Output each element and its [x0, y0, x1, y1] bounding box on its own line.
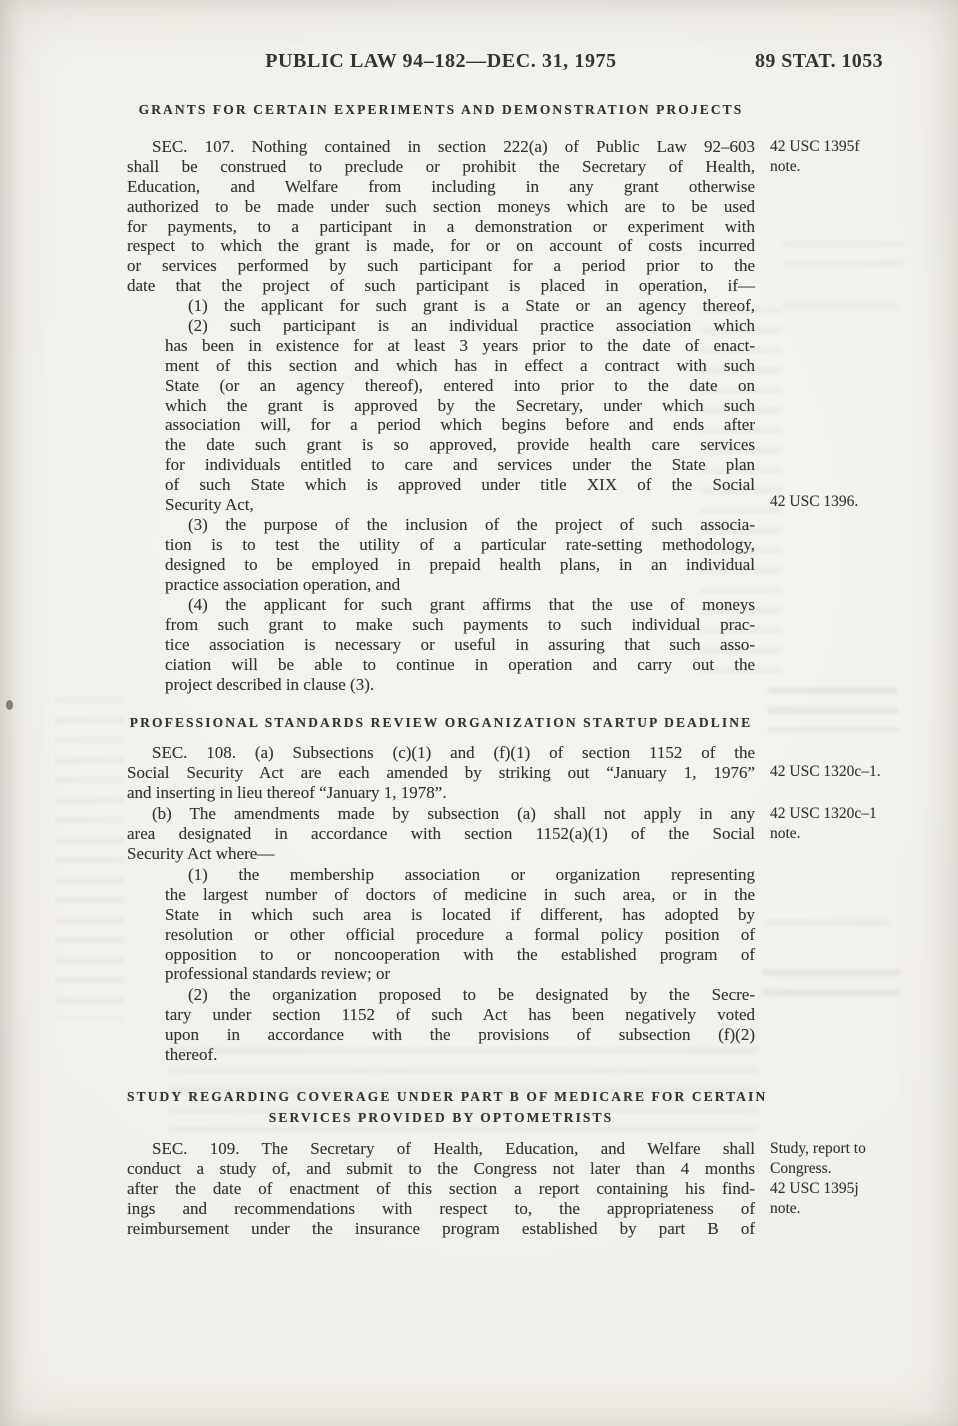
- text-line: GRANTS FOR CERTAIN EXPERIMENTS AND DEMON…: [127, 99, 755, 120]
- text-line: (2) the organization proposed to be desi…: [127, 985, 755, 1005]
- text-line: upon in accordance with the provisions o…: [127, 1025, 755, 1045]
- margin-notes-column: 42 USC 1395fnote.42 USC 1396.42 USC 1320…: [770, 0, 910, 1426]
- text-line: project described in clause (3).: [127, 675, 755, 695]
- text-line: ciation will be able to continue in oper…: [127, 655, 755, 675]
- text-line: (3) the purpose of the inclusion of the …: [127, 515, 755, 535]
- text-line: PROFESSIONAL STANDARDS REVIEW ORGANIZATI…: [127, 712, 755, 733]
- margin-note: Study, report toCongress.42 USC 1395jnot…: [770, 1139, 910, 1219]
- text-line: professional standards review; or: [127, 964, 755, 984]
- text-line: SEC. 107. Nothing contained in section 2…: [127, 137, 755, 157]
- text-line: practice association operation, and: [127, 575, 755, 595]
- text-line: for individuals entitled to care and ser…: [127, 455, 755, 475]
- statute-heading: STUDY REGARDING COVERAGE UNDER PART B OF…: [127, 1086, 755, 1128]
- text-line: SEC. 109. The Secretary of Health, Educa…: [127, 1139, 755, 1159]
- text-line: ment of this section and which has in ef…: [127, 356, 755, 376]
- text-line: after the date of enactment of this sect…: [127, 1179, 755, 1199]
- text-line: and inserting in lieu thereof “January 1…: [127, 783, 755, 803]
- page-scan: PUBLIC LAW 94–182—DEC. 31, 1975 89 STAT.…: [0, 0, 958, 1426]
- margin-note-line: Study, report to: [770, 1139, 910, 1159]
- text-line: (2) such participant is an individual pr…: [127, 316, 755, 336]
- statute-clause: (2) the organization proposed to be desi…: [127, 985, 755, 1065]
- statute-paragraph: (b) The amendments made by subsection (a…: [127, 804, 755, 864]
- text-line: State (or an agency thereof), entered in…: [127, 376, 755, 396]
- text-line: Social Security Act are each amended by …: [127, 763, 755, 783]
- text-line: conduct a study of, and submit to the Co…: [127, 1159, 755, 1179]
- statute-paragraph: SEC. 109. The Secretary of Health, Educa…: [127, 1139, 755, 1238]
- margin-note-line: 42 USC 1395j: [770, 1179, 910, 1199]
- margin-note-line: 42 USC 1396.: [770, 492, 910, 512]
- text-line: area designated in accordance with secti…: [127, 824, 755, 844]
- statute-clause: (1) the applicant for such grant is a St…: [127, 296, 755, 316]
- text-line: association will, for a period which beg…: [127, 415, 755, 435]
- statute-clause: (1) the membership association or organi…: [127, 865, 755, 984]
- statute-paragraph: SEC. 107. Nothing contained in section 2…: [127, 137, 755, 296]
- text-line: the largest number of doctors of medicin…: [127, 885, 755, 905]
- text-line: shall be construed to preclude or prohib…: [127, 157, 755, 177]
- text-line: respect to which the grant is made, for …: [127, 236, 755, 256]
- text-line: (1) the membership association or organi…: [127, 865, 755, 885]
- statute-clause: (3) the purpose of the inclusion of the …: [127, 515, 755, 595]
- text-line: has been in existence for at least 3 yea…: [127, 336, 755, 356]
- text-line: the date such grant is so approved, prov…: [127, 435, 755, 455]
- text-line: SERVICES PROVIDED BY OPTOMETRISTS: [127, 1107, 755, 1128]
- text-line: or services performed by such participan…: [127, 256, 755, 276]
- margin-note-line: 42 USC 1395f: [770, 137, 910, 157]
- statute-clause: (4) the applicant for such grant affirms…: [127, 595, 755, 694]
- text-line: thereof.: [127, 1045, 755, 1065]
- margin-note: 42 USC 1395fnote.: [770, 137, 910, 177]
- text-line: for payments, to a participant in a demo…: [127, 217, 755, 237]
- margin-note: 42 USC 1320c–1.: [770, 762, 910, 782]
- text-line: which the grant is approved by the Secre…: [127, 396, 755, 416]
- statute-clause: (2) such participant is an individual pr…: [127, 316, 755, 515]
- text-line: Security Act,: [127, 495, 755, 515]
- margin-note-line: note.: [770, 824, 910, 844]
- text-line: authorized to be made under such section…: [127, 197, 755, 217]
- margin-note-line: Congress.: [770, 1159, 910, 1179]
- statute-paragraph: SEC. 108. (a) Subsections (c)(1) and (f)…: [127, 743, 755, 803]
- text-line: tary under section 1152 of such Act has …: [127, 1005, 755, 1025]
- text-line: resolution or other official procedure a…: [127, 925, 755, 945]
- text-line: opposition to or noncooperation with the…: [127, 945, 755, 965]
- margin-note: 42 USC 1396.: [770, 492, 910, 512]
- text-line: (b) The amendments made by subsection (a…: [127, 804, 755, 824]
- text-line: designed to be employed in prepaid healt…: [127, 555, 755, 575]
- margin-note: 42 USC 1320c–1note.: [770, 804, 910, 844]
- statute-heading: PROFESSIONAL STANDARDS REVIEW ORGANIZATI…: [127, 712, 755, 733]
- text-line: SEC. 108. (a) Subsections (c)(1) and (f)…: [127, 743, 755, 763]
- text-line: State in which such area is located if d…: [127, 905, 755, 925]
- margin-note-line: note.: [770, 1199, 910, 1219]
- text-line: ings and recommendations with respect to…: [127, 1199, 755, 1219]
- statute-heading: GRANTS FOR CERTAIN EXPERIMENTS AND DEMON…: [127, 99, 755, 120]
- text-line: from such grant to make such payments to…: [127, 615, 755, 635]
- margin-note-line: note.: [770, 157, 910, 177]
- scanned-statute-page: { "page": { "header": { "title": "PUBLIC…: [0, 0, 958, 1426]
- margin-note-line: 42 USC 1320c–1.: [770, 762, 910, 782]
- scan-speck: [6, 700, 13, 710]
- text-line: Security Act where—: [127, 844, 755, 864]
- text-line: tice association is necessary or useful …: [127, 635, 755, 655]
- text-line: STUDY REGARDING COVERAGE UNDER PART B OF…: [127, 1086, 755, 1107]
- text-line: reimbursement under the insurance progra…: [127, 1219, 755, 1239]
- body-column: GRANTS FOR CERTAIN EXPERIMENTS AND DEMON…: [127, 0, 755, 1426]
- margin-note-line: 42 USC 1320c–1: [770, 804, 910, 824]
- text-line: (1) the applicant for such grant is a St…: [127, 296, 755, 316]
- text-line: (4) the applicant for such grant affirms…: [127, 595, 755, 615]
- text-line: of such State which is approved under ti…: [127, 475, 755, 495]
- bleedthrough-artifact: [55, 690, 125, 1020]
- text-line: date that the project of such participan…: [127, 276, 755, 296]
- text-line: Education, and Welfare from including in…: [127, 177, 755, 197]
- text-line: tion is to test the utility of a particu…: [127, 535, 755, 555]
